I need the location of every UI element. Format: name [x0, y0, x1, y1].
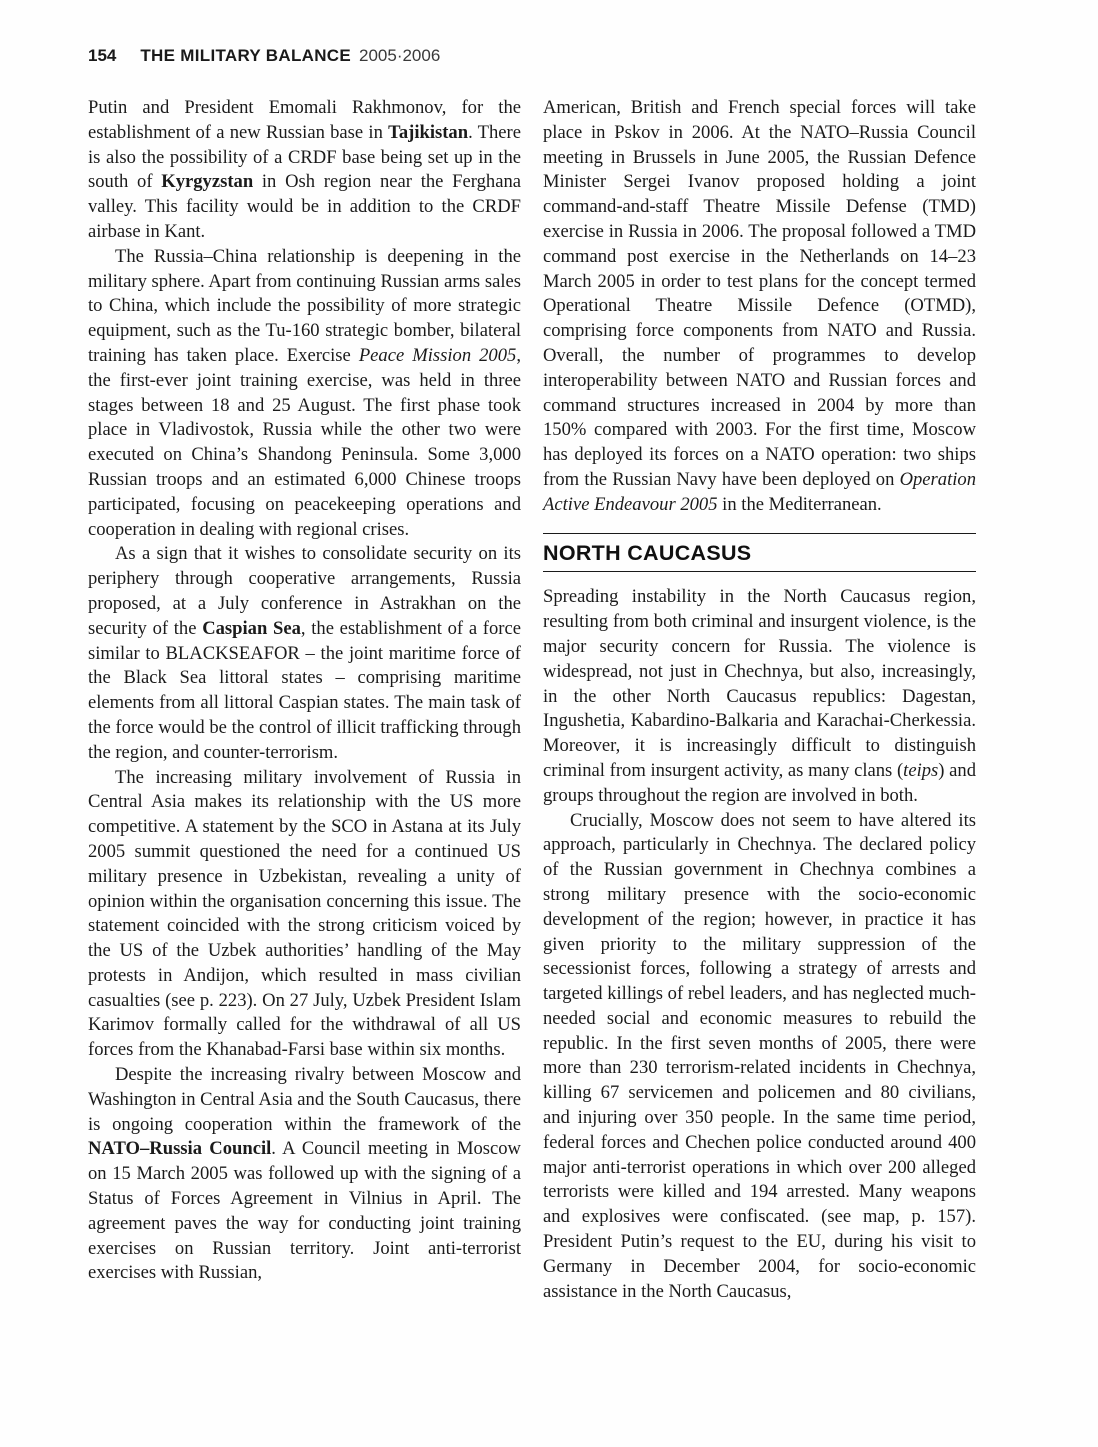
page-number: 154	[88, 46, 116, 65]
text-run: Despite the increasing rivalry between M…	[88, 1064, 521, 1135]
text-run: Spreading instability in the North Cauca…	[543, 586, 976, 781]
text-run: The increasing military involvement of R…	[88, 767, 521, 1061]
text-run: . A Council meeting in Moscow on 15 Marc…	[88, 1138, 521, 1283]
italic-term: Peace Mission 2005	[359, 345, 517, 366]
bold-term: NATO–Russia Council	[88, 1138, 271, 1159]
document-page: 154THE MILITARY BALANCE2005·2006 Putin a…	[0, 0, 1098, 1447]
edition-years: 2005·2006	[359, 46, 440, 65]
paragraph: Spreading instability in the North Cauca…	[543, 585, 976, 808]
text-run: , the first-ever joint training exercise…	[88, 345, 521, 540]
paragraph: American, British and French special for…	[543, 96, 976, 518]
paragraph: The Russia–China relationship is deepeni…	[88, 245, 521, 543]
paragraph: The increasing military involvement of R…	[88, 766, 521, 1064]
bold-term: Caspian Sea	[202, 618, 301, 639]
paragraph: Despite the increasing rivalry between M…	[88, 1063, 521, 1286]
text-run: Crucially, Moscow does not seem to have …	[543, 810, 976, 1302]
section-heading: NORTH CAUCASUS	[543, 533, 976, 573]
text-run: in the Mediterranean.	[718, 494, 882, 515]
italic-term: teips	[903, 760, 938, 781]
paragraph: Crucially, Moscow does not seem to have …	[543, 809, 976, 1305]
bold-term: Kyrgyzstan	[161, 171, 253, 192]
section-heading-title: NORTH CAUCASUS	[543, 541, 976, 566]
paragraph: Putin and President Emomali Rakhmonov, f…	[88, 96, 521, 245]
text-run: , the establishment of a force similar t…	[88, 618, 521, 763]
left-column: Putin and President Emomali Rakhmonov, f…	[88, 96, 521, 1286]
book-title: THE MILITARY BALANCE	[140, 46, 351, 65]
right-column: American, British and French special for…	[543, 96, 976, 1304]
paragraph: As a sign that it wishes to consolidate …	[88, 542, 521, 765]
text-run: American, British and French special for…	[543, 97, 976, 490]
page-header: 154THE MILITARY BALANCE2005·2006	[88, 46, 440, 66]
bold-term: Tajikistan	[388, 122, 468, 143]
